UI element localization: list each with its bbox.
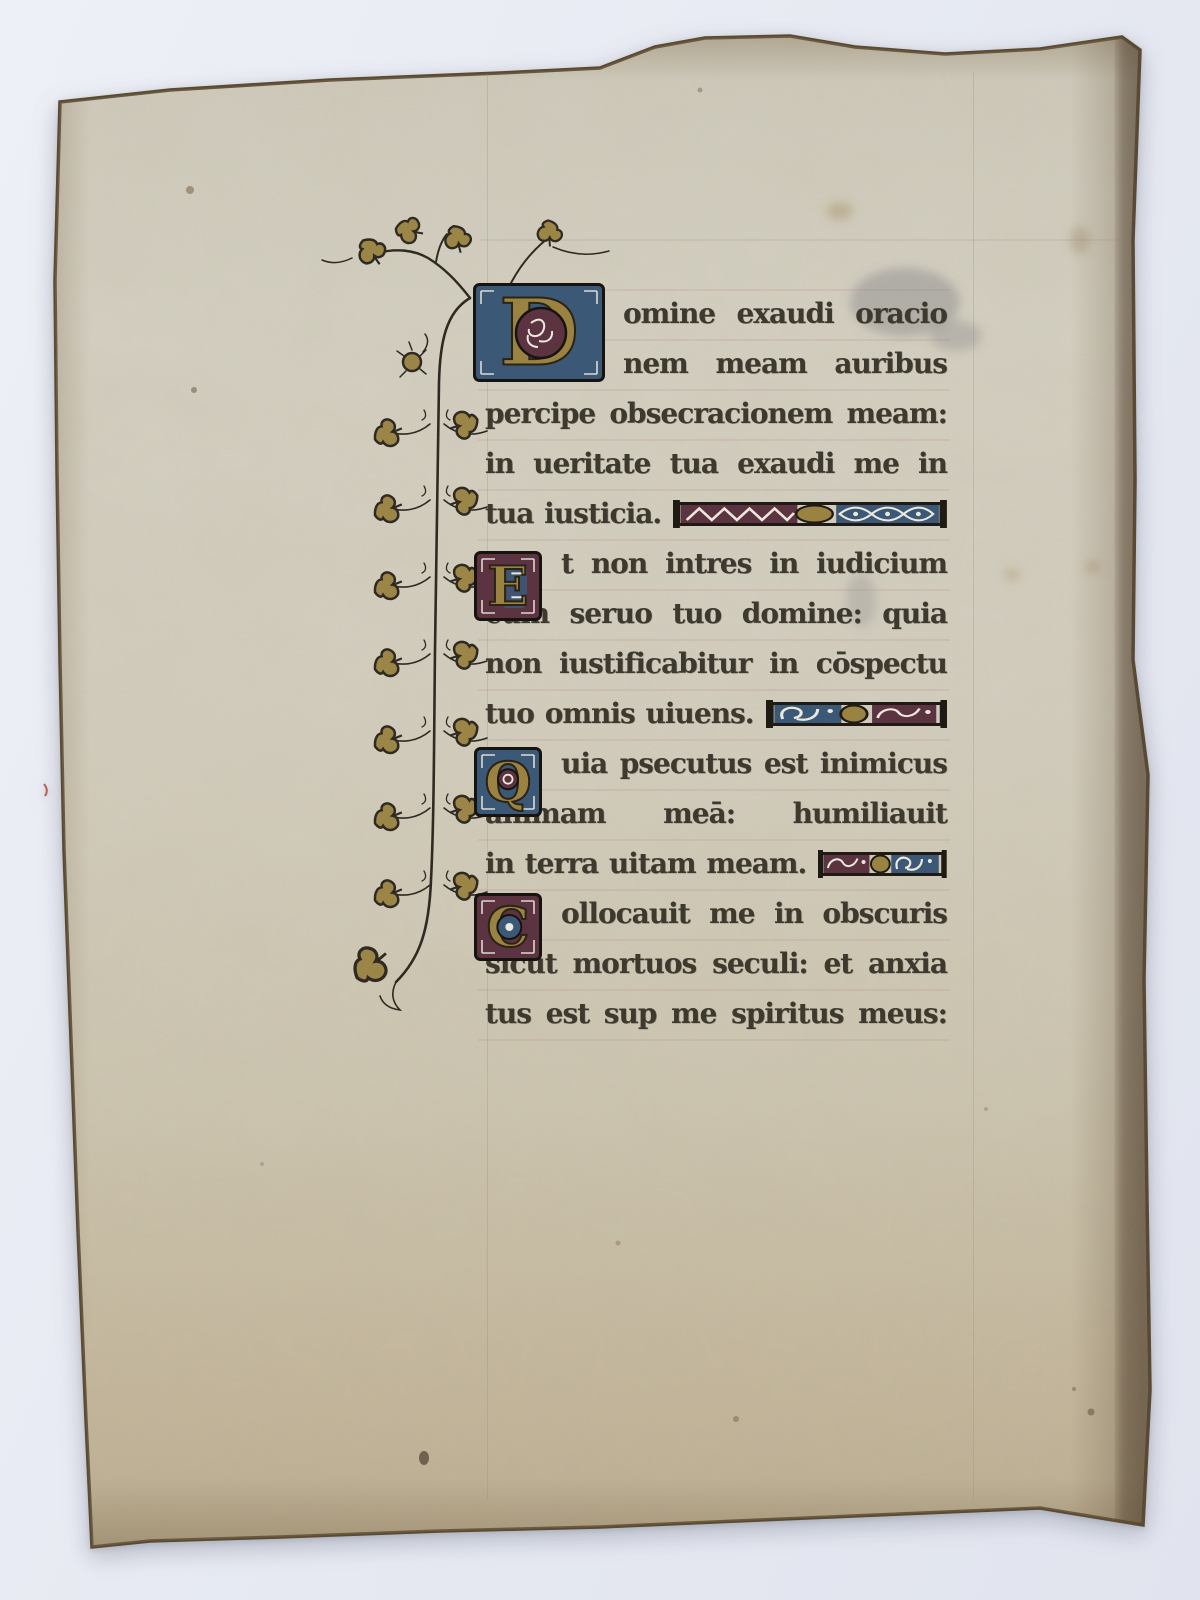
line-text: uia psecutus est inimicus: [561, 747, 947, 780]
illuminated-initial-C: C: [474, 893, 542, 961]
text-line: in terra uitam meam.: [485, 839, 947, 889]
text-line: ollocauit me in obscuris: [485, 889, 947, 939]
line-text: in terra uitam meam.: [485, 839, 806, 889]
text-line: percipe obsecracionem meam:: [485, 389, 947, 439]
text-line: in ueritate tua exaudi me in: [485, 439, 947, 489]
line-filler: [766, 699, 947, 729]
line-filler: [673, 499, 947, 529]
text-line: tus est sup me spiritus meus:: [485, 989, 947, 1039]
line-text: tua iusticia.: [485, 489, 661, 539]
line-text: non iustificabitur in cōspectu: [485, 647, 947, 680]
text-line: non iustificabitur in cōspectu: [485, 639, 947, 689]
illuminated-initial-Q: Q: [474, 747, 542, 817]
line-text: cum seruo tuo domine: quia: [485, 597, 947, 630]
line-filler: [818, 849, 947, 879]
text-line: cum seruo tuo domine: quia: [485, 589, 947, 639]
illuminated-initial-D: D: [473, 283, 605, 382]
line-text: sicut mortuos seculi: et anxia: [485, 947, 947, 980]
photo-backdrop: omine exaudi oracionem meam auribusperci…: [0, 0, 1200, 1600]
line-text: t non intres in iudicium: [561, 547, 947, 580]
text-line: t non intres in iudicium: [485, 539, 947, 589]
initial-letter: E: [487, 554, 528, 618]
illuminated-initial-E: E: [474, 551, 542, 621]
line-text: omine exaudi oracio: [623, 297, 947, 330]
text-line: tuo omnis uiuens.: [485, 689, 947, 739]
line-text: animam meā: humiliauit: [485, 797, 947, 830]
text-line: sicut mortuos seculi: et anxia: [485, 939, 947, 989]
line-text: tuo omnis uiuens.: [485, 689, 754, 739]
line-text: tus est sup me spiritus meus:: [485, 997, 947, 1030]
line-text: in ueritate tua exaudi me in: [485, 447, 947, 480]
line-text: ollocauit me in obscuris: [561, 897, 947, 930]
line-text: percipe obsecracionem meam:: [485, 397, 947, 430]
line-text: nem meam auribus: [623, 347, 947, 380]
text-block: omine exaudi oracionem meam auribusperci…: [485, 289, 947, 1039]
text-line: tua iusticia.: [485, 489, 947, 539]
text-line: uia psecutus est inimicus: [485, 739, 947, 789]
red-fiber-speck: [44, 784, 47, 796]
text-line: animam meā: humiliauit: [485, 789, 947, 839]
